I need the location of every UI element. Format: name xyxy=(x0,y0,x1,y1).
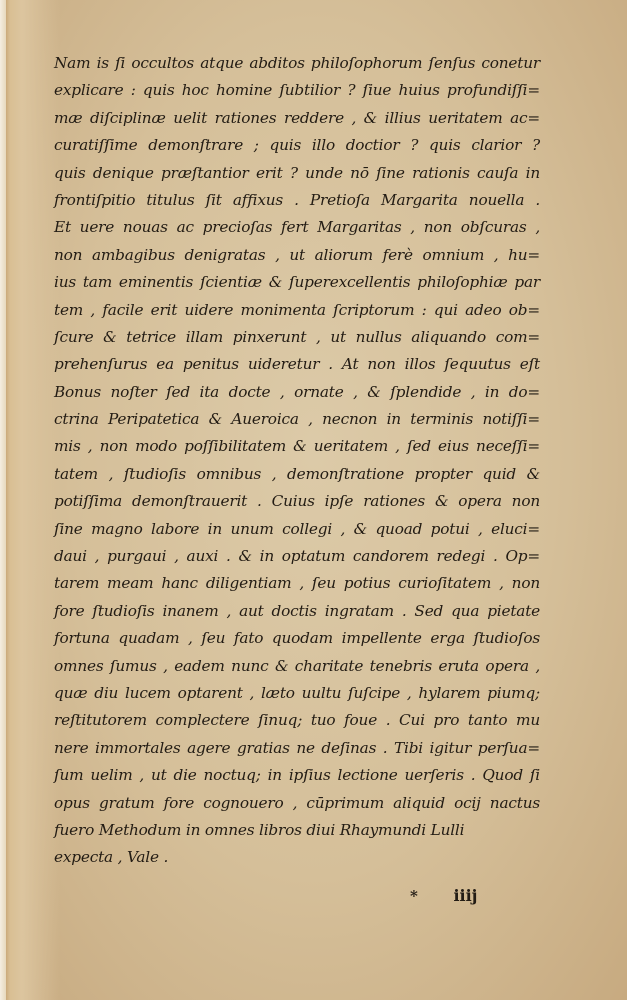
text-line: mis , non modo poſſibilitatem & ueritate… xyxy=(54,433,540,460)
text-line: reſtitutorem complectere ſinuq; tuo foue… xyxy=(54,707,540,734)
asterisk-icon: * xyxy=(410,887,418,905)
text-line: fuero Methodum in omnes libros diui Rhay… xyxy=(54,817,540,844)
text-line: quæ diu lucem optarent , læto uultu ſuſc… xyxy=(54,680,540,707)
text-line: daui , purgaui , auxi . & in optatum can… xyxy=(54,543,540,570)
text-line: ius tam eminentis ſcientiæ & ſuperexcell… xyxy=(54,269,540,296)
text-line: non ambagibus denigratas , ut aliorum fe… xyxy=(54,242,540,269)
text-line: ctrina Peripatetica & Aueroica , necnon … xyxy=(54,406,540,433)
page-gutter-edge xyxy=(0,0,6,1000)
text-line: mæ diſciplinæ uelit rationes reddere , &… xyxy=(54,105,540,132)
text-line: tatem , ſtudioſis omnibus , demonſtratio… xyxy=(54,461,540,488)
text-line: fortuna quadam , ſeu fato quodam impelle… xyxy=(54,625,540,652)
book-page: Nam is ſi occultos atque abditos philoſo… xyxy=(0,0,627,1000)
body-text: Nam is ſi occultos atque abditos philoſo… xyxy=(54,50,540,872)
text-line: expecta , Vale . xyxy=(54,844,540,871)
text-line: ſum uelim , ut die noctuq; in ipſius lec… xyxy=(54,762,540,789)
text-line: prehenſurus ea penitus uideretur . At no… xyxy=(54,351,540,378)
signature-label: iiij xyxy=(453,886,477,905)
text-line: explicare : quis hoc homine ſubtilior ? … xyxy=(54,77,540,104)
text-line: ſine magno labore in unum collegi , & qu… xyxy=(54,516,540,543)
text-line: tem , facile erit uidere monimenta ſcrip… xyxy=(54,297,540,324)
text-line: Nam is ſi occultos atque abditos philoſo… xyxy=(54,50,540,77)
text-line: opus gratum fore cognouero , cūprimum al… xyxy=(54,790,540,817)
text-line: frontiſpitio titulus ſit affixus . Preti… xyxy=(54,187,540,214)
text-line: quis denique præſtantior erit ? unde nō … xyxy=(54,160,540,187)
text-line: Bonus noſter ſed ita docte , ornate , & … xyxy=(54,379,540,406)
signature-mark: * iiij xyxy=(410,886,477,905)
text-line: Et uere nouas ac precioſas fert Margarit… xyxy=(54,214,540,241)
text-line: nere immortales agere gratias ne deſinas… xyxy=(54,735,540,762)
text-line: curatiſſime demonſtrare ; quis illo doct… xyxy=(54,132,540,159)
text-line: potiſſima demonſtrauerit . Cuius ipſe ra… xyxy=(54,488,540,515)
text-line: omnes ſumus , eadem nunc & charitate ten… xyxy=(54,653,540,680)
text-line: tarem meam hanc diligentiam , ſeu potius… xyxy=(54,570,540,597)
text-line: fore ſtudioſis inanem , aut doctis ingra… xyxy=(54,598,540,625)
text-line: ſcure & tetrice illam pinxerunt , ut nul… xyxy=(54,324,540,351)
